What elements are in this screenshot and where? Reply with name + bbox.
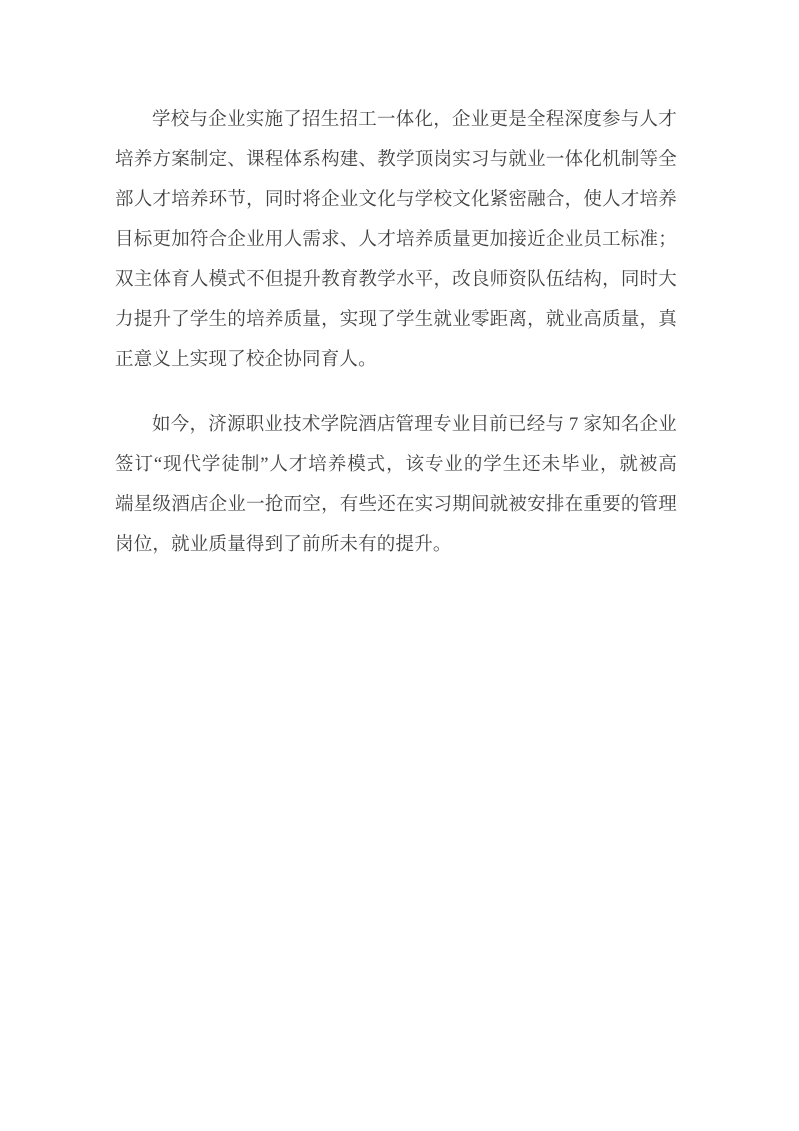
text-line: 学校与企业实施了招生招工一体化，企业更是全程深度参与人才 — [115, 100, 677, 140]
paragraph: 学校与企业实施了招生招工一体化，企业更是全程深度参与人才培养方案制定、课程体系构… — [115, 100, 677, 380]
text-line: 力提升了学生的培养质量，实现了学生就业零距离，就业高质量，真 — [115, 300, 677, 340]
text-line: 端星级酒店企业一抢而空，有些还在实习期间就被安排在重要的管理 — [115, 485, 677, 525]
text-line: 岗位，就业质量得到了前所未有的提升。 — [115, 525, 677, 565]
text-line: 签订“现代学徒制”人才培养模式，该专业的学生还未毕业，就被高 — [115, 445, 677, 485]
text-line: 正意义上实现了校企协同育人。 — [115, 340, 677, 380]
document-content: 学校与企业实施了招生招工一体化，企业更是全程深度参与人才培养方案制定、课程体系构… — [115, 100, 677, 590]
text-line: 如今，济源职业技术学院酒店管理专业目前已经与 7 家知名企业 — [115, 405, 677, 445]
document-page: 学校与企业实施了招生招工一体化，企业更是全程深度参与人才培养方案制定、课程体系构… — [0, 0, 799, 1131]
text-line: 部人才培养环节，同时将企业文化与学校文化紧密融合，使人才培养 — [115, 180, 677, 220]
text-line: 目标更加符合企业用人需求、人才培养质量更加接近企业员工标准； — [115, 220, 677, 260]
text-line: 培养方案制定、课程体系构建、教学顶岗实习与就业一体化机制等全 — [115, 140, 677, 180]
text-line: 双主体育人模式不但提升教育教学水平，改良师资队伍结构，同时大 — [115, 260, 677, 300]
paragraph: 如今，济源职业技术学院酒店管理专业目前已经与 7 家知名企业签订“现代学徒制”人… — [115, 405, 677, 565]
